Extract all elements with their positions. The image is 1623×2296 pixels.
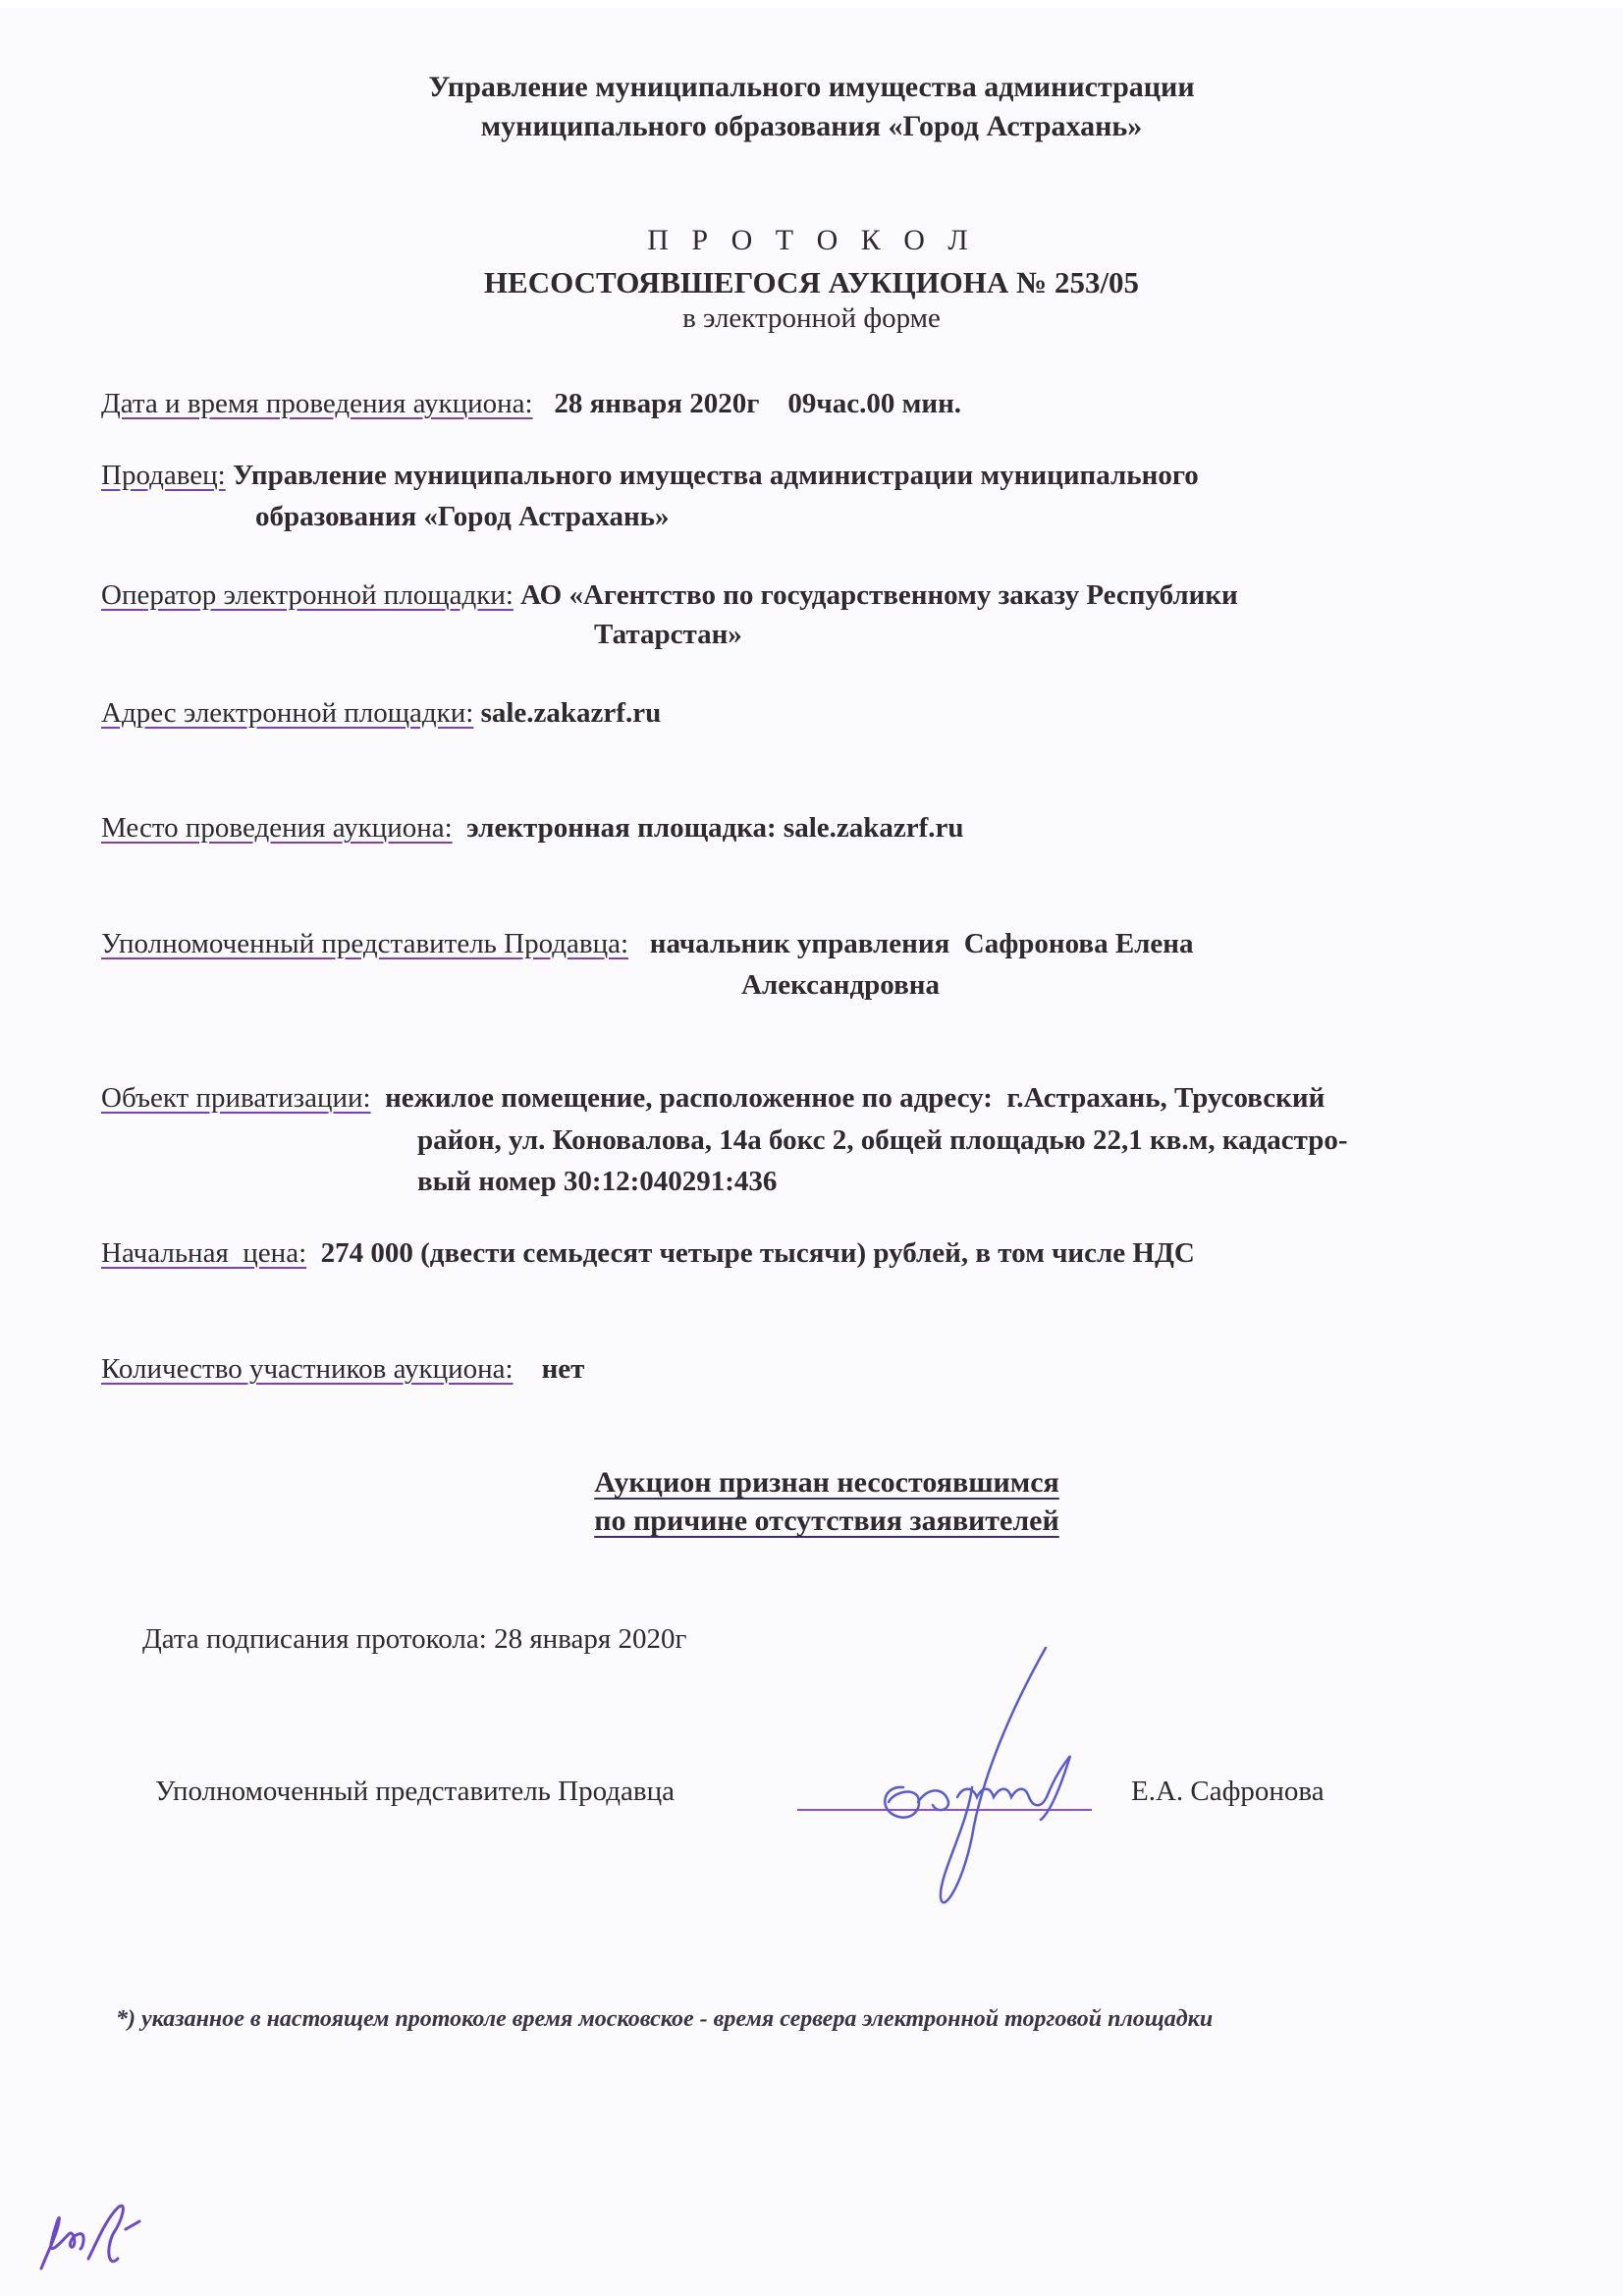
doc-subtitle: в электронной форме [0,302,1623,335]
field-label: Адрес электронной площадки: [101,697,473,729]
field-participants: Количество участников аукциона: нет [101,1353,584,1386]
field-operator: Оператор электронной площадки: АО «Агент… [101,579,1238,612]
verdict-line-2: по причине отсутствия заявителей [562,1504,1092,1538]
field-object-continuation-2: вый номер 30:12:040291:436 [417,1166,777,1198]
field-label: Начальная цена: [101,1237,306,1269]
field-value: sale.zakazrf.ru [481,697,662,729]
field-label: Дата и время проведения аукциона: [101,388,533,419]
signature-icon [864,1640,1119,1915]
field-value: нет [542,1353,585,1385]
field-value: начальник управления Сафронова Елена [650,928,1194,959]
field-seller-continuation: образования «Город Астрахань» [255,501,670,533]
footnote: *) указанное в настоящем протоколе время… [116,2006,1213,2033]
org-header-line-2: муниципального образования «Город Астрах… [0,110,1623,143]
field-venue: Место проведения аукциона: электронная п… [101,812,964,845]
page-edge [0,0,1623,8]
field-object-continuation-1: район, ул. Коновалова, 14а бокс 2, общей… [417,1124,1348,1157]
field-value: 274 000 (двести семьдесят четыре тысячи)… [321,1237,1195,1269]
field-label: Продавец: [101,460,226,491]
field-seller: Продавец: Управление муниципального имущ… [101,460,1199,492]
org-header-line-1: Управление муниципального имущества адми… [0,71,1623,104]
field-value: 28 января 2020г 09час.00 мин. [554,388,961,419]
field-label: Количество участников аукциона: [101,1353,514,1385]
field-start-price: Начальная цена: 274 000 (двести семьдеся… [101,1237,1195,1270]
signatory-name: Е.А. Сафронова [1131,1776,1325,1808]
field-value: АО «Агентство по государственному заказу… [520,579,1238,611]
field-representative: Уполномоченный представитель Продавца: н… [101,928,1194,960]
field-representative-continuation: Александровна [741,969,940,1002]
field-value: электронная площадка: sale.zakazrf.ru [466,812,963,844]
verdict-line-1: Аукцион признан несостоявшимся [562,1466,1092,1500]
field-label: Место проведения аукциона: [101,812,453,844]
field-object: Объект приватизации: нежилое помещение, … [101,1082,1325,1115]
field-datetime: Дата и время проведения аукциона: 28 янв… [101,388,961,420]
field-value: нежилое помещение, расположенное по адре… [385,1082,1325,1114]
signing-date: Дата подписания протокола: 28 января 202… [142,1623,686,1656]
initials-signature-icon [29,2190,147,2278]
field-label: Оператор электронной площадки: [101,579,514,611]
field-label: Уполномоченный представитель Продавца: [101,928,628,959]
field-value: Управление муниципального имущества адми… [233,460,1199,491]
field-operator-continuation: Татарстан» [594,619,742,651]
signatory-role: Уполномоченный представитель Продавца [155,1776,675,1808]
doc-type-title: П Р О Т О К О Л [0,224,1623,257]
doc-main-title: НЕСОСТОЯВШЕГОСЯ АУКЦИОНА № 253/05 [0,265,1623,301]
field-platform-address: Адрес электронной площадки: sale.zakazrf… [101,697,661,730]
field-label: Объект приватизации: [101,1082,371,1114]
